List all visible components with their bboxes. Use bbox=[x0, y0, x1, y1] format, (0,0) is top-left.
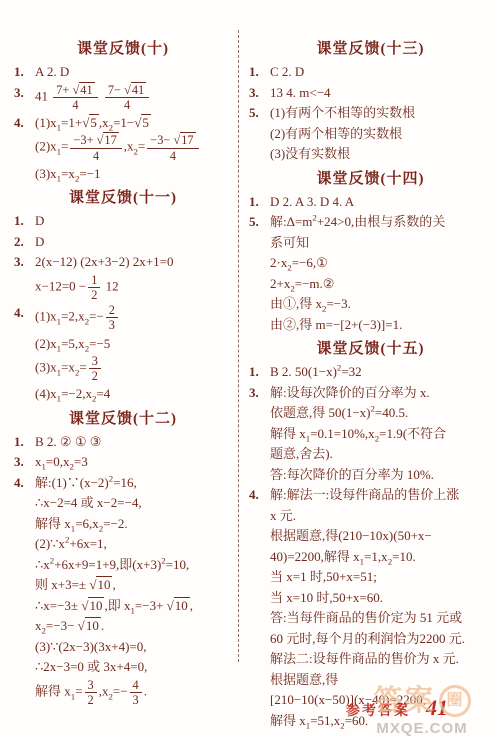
item-text: (3)没有实数根 bbox=[270, 144, 492, 164]
item-text: A 2. D bbox=[35, 62, 232, 82]
answer-line: 当 x=1 时,50+x=51; bbox=[249, 567, 492, 587]
item-text: (3)x1=x2=−1 bbox=[35, 164, 232, 184]
answer-line: 4.解:解法一:设每件商品的售价上涨 bbox=[249, 485, 492, 505]
item-number: 3. bbox=[14, 83, 35, 103]
item-text: (3)x1=x2=32 bbox=[35, 354, 232, 383]
item-number: 3. bbox=[249, 83, 270, 103]
answer-line: 5.(1)有两个不相等的实数根 bbox=[249, 103, 492, 123]
answer-line: 3.41 7+ √414 7− √414 bbox=[14, 83, 232, 112]
item-text: 答:当每件商品的售价定为 51 元或 bbox=[270, 608, 492, 628]
item-text: 解得 x1=6,x2=−2. bbox=[35, 514, 232, 534]
item-text: C 2. D bbox=[270, 62, 492, 82]
left-column: 课堂反馈(十)1.A 2. D3.41 7+ √414 7− √4144.(1)… bbox=[14, 34, 232, 708]
answer-line: 依题意,得 50(1−x)2=40.5. bbox=[249, 403, 492, 423]
item-number: 1. bbox=[14, 62, 35, 82]
answer-line: (2)x1=5,x2=−5 bbox=[14, 334, 232, 354]
item-number: 1. bbox=[14, 211, 35, 231]
item-text: ∴x=−3± √10,即 x1=−3+ √10, bbox=[35, 596, 232, 616]
page-number: 41 bbox=[426, 695, 448, 721]
section-title: 课堂反馈(十三) bbox=[249, 37, 492, 58]
item-text: B 2. ② ① ③ bbox=[35, 432, 232, 452]
item-text: ∴x−2=4 或 x−2=−4, bbox=[35, 493, 232, 513]
item-number: 3. bbox=[14, 252, 35, 272]
answer-line: ∴x−2=4 或 x−2=−4, bbox=[14, 493, 232, 513]
item-text: x 元. bbox=[270, 506, 492, 526]
answer-line: (3)x1=x2=32 bbox=[14, 354, 232, 383]
answer-line: 系可知 bbox=[249, 233, 492, 253]
answer-line: 3.x1=0,x2=3 bbox=[14, 452, 232, 472]
answer-line: 则 x+3=± √10, bbox=[14, 575, 232, 595]
item-text: 41 7+ √414 7− √414 bbox=[35, 83, 232, 112]
answer-line: (3)∵(2x−3)(3x+4)=0, bbox=[14, 637, 232, 657]
answer-line: 答:当每件商品的售价定为 51 元或 bbox=[249, 608, 492, 628]
item-text: ∴x2+6x+9=1+9,即(x+3)2=10, bbox=[35, 555, 232, 575]
item-text: 则 x+3=± √10, bbox=[35, 575, 232, 595]
item-text: 解:(1)∵(x−2)2=16, bbox=[35, 473, 232, 493]
item-text: 由②,得 m=−[2+(−3)]=1. bbox=[270, 315, 492, 335]
item-text: 解得 x1=32,x2=−43. bbox=[35, 678, 232, 707]
item-text: 由①,得 x2=−3. bbox=[270, 294, 492, 314]
item-number: 3. bbox=[14, 452, 35, 472]
section-title: 课堂反馈(十二) bbox=[14, 407, 232, 428]
item-number: 3. bbox=[249, 383, 270, 403]
item-text: D 2. A 3. D 4. A bbox=[270, 192, 492, 212]
answer-page: 课堂反馈(十)1.A 2. D3.41 7+ √414 7− √4144.(1)… bbox=[0, 0, 500, 739]
item-text: ∴2x−3=0 或 3x+4=0, bbox=[35, 657, 232, 677]
answer-line: 1.A 2. D bbox=[14, 62, 232, 82]
answer-line: (3)x1=x2=−1 bbox=[14, 164, 232, 184]
item-text: D bbox=[35, 211, 232, 231]
item-text: 60 元时,每个月的利润恰为2200 元. bbox=[270, 629, 492, 649]
answer-line: 1.B 2. 50(1−x)2=32 bbox=[249, 362, 492, 382]
item-text: (2)x1=5,x2=−5 bbox=[35, 334, 232, 354]
item-text: 解:解法一:设每件商品的售价上涨 bbox=[270, 485, 492, 505]
answer-line: 1.D 2. A 3. D 4. A bbox=[249, 192, 492, 212]
answer-line: 1.D bbox=[14, 211, 232, 231]
item-text: 2(x−12) (2x+3−2) 2x+1=0 bbox=[35, 252, 232, 272]
item-number: 1. bbox=[14, 432, 35, 452]
item-text: 根据题意,得(210−10x)(50+x− bbox=[270, 526, 492, 546]
item-number: 4. bbox=[14, 303, 35, 323]
answer-line: 解得 x1=6,x2=−2. bbox=[14, 514, 232, 534]
item-text: (1)x1=2,x2=−23 bbox=[35, 303, 232, 332]
answer-line: (2)x1=−3+ √174,x2=−3− √174 bbox=[14, 133, 232, 162]
answer-line: 4.(1)x1=2,x2=−23 bbox=[14, 303, 232, 332]
item-text: (1)x1=1+√5,x2=1−√5 bbox=[35, 113, 232, 133]
section-title: 课堂反馈(十) bbox=[14, 37, 232, 58]
item-text: D bbox=[35, 232, 232, 252]
answer-line: (2)∵x2+6x=1, bbox=[14, 534, 232, 554]
answer-line: 由①,得 x2=−3. bbox=[249, 294, 492, 314]
item-text: 解:Δ=m2+24>0,由根与系数的关 bbox=[270, 212, 492, 232]
answer-line: 3.2(x−12) (2x+3−2) 2x+1=0 bbox=[14, 252, 232, 272]
item-text: (3)∵(2x−3)(3x+4)=0, bbox=[35, 637, 232, 657]
answer-line: x2=−3− √10. bbox=[14, 616, 232, 636]
answer-line: 4.解:(1)∵(x−2)2=16, bbox=[14, 473, 232, 493]
answer-line: 根据题意,得 bbox=[249, 670, 492, 690]
page-footer: 参考答案 41 bbox=[346, 695, 448, 721]
item-text: (2)有两个相等的实数根 bbox=[270, 124, 492, 144]
item-number: 4. bbox=[14, 473, 35, 493]
answer-line: 3.解:设每次降价的百分率为 x. bbox=[249, 383, 492, 403]
item-text: (2)x1=−3+ √174,x2=−3− √174 bbox=[35, 133, 232, 162]
item-text: 2+x2=−m.② bbox=[270, 274, 492, 294]
item-text: 根据题意,得 bbox=[270, 670, 492, 690]
answer-line: 解得 x1=0.1=10%,x2=1.9(不符合 bbox=[249, 424, 492, 444]
section-title: 课堂反馈(十一) bbox=[14, 186, 232, 207]
answer-line: ∴2x−3=0 或 3x+4=0, bbox=[14, 657, 232, 677]
item-number: 4. bbox=[249, 485, 270, 505]
item-number: 4. bbox=[14, 113, 35, 133]
answer-line: 2.D bbox=[14, 232, 232, 252]
item-text: 题意,舍去). bbox=[270, 444, 492, 464]
answer-line: (4)x1=−2,x2=4 bbox=[14, 384, 232, 404]
item-text: (1)有两个不相等的实数根 bbox=[270, 103, 492, 123]
column-divider bbox=[238, 30, 239, 662]
answer-line: 当 x=10 时,50+x=60. bbox=[249, 588, 492, 608]
answer-line: 3.13 4. m<−4 bbox=[249, 83, 492, 103]
answer-line: 根据题意,得(210−10x)(50+x− bbox=[249, 526, 492, 546]
right-column: 课堂反馈(十三)1.C 2. D3.13 4. m<−45.(1)有两个不相等的… bbox=[249, 34, 492, 731]
item-text: B 2. 50(1−x)2=32 bbox=[270, 362, 492, 382]
item-number: 1. bbox=[249, 192, 270, 212]
section-title: 课堂反馈(十四) bbox=[249, 167, 492, 188]
answer-line: 4.(1)x1=1+√5,x2=1−√5 bbox=[14, 113, 232, 133]
answer-line: 2+x2=−m.② bbox=[249, 274, 492, 294]
answer-line: 5.解:Δ=m2+24>0,由根与系数的关 bbox=[249, 212, 492, 232]
answer-line: (2)有两个相等的实数根 bbox=[249, 124, 492, 144]
item-text: 当 x=1 时,50+x=51; bbox=[270, 567, 492, 587]
item-text: 2·x2=−6,① bbox=[270, 253, 492, 273]
answer-line: 解法二:设每件商品的售价为 x 元. bbox=[249, 649, 492, 669]
answer-line: 由②,得 m=−[2+(−3)]=1. bbox=[249, 315, 492, 335]
answer-line: ∴x=−3± √10,即 x1=−3+ √10, bbox=[14, 596, 232, 616]
item-text: (2)∵x2+6x=1, bbox=[35, 534, 232, 554]
item-text: 答:每次降价的百分率为 10%. bbox=[270, 465, 492, 485]
item-text: 13 4. m<−4 bbox=[270, 83, 492, 103]
item-number: 2. bbox=[14, 232, 35, 252]
answer-line: ∴x2+6x+9=1+9,即(x+3)2=10, bbox=[14, 555, 232, 575]
item-text: x1=0,x2=3 bbox=[35, 452, 232, 472]
answer-line: 解得 x1=32,x2=−43. bbox=[14, 678, 232, 707]
answer-line: 题意,舍去). bbox=[249, 444, 492, 464]
answer-line: 2·x2=−6,① bbox=[249, 253, 492, 273]
answer-line: 答:每次降价的百分率为 10%. bbox=[249, 465, 492, 485]
answer-line: x−12=0 −12 12 bbox=[14, 273, 232, 302]
answer-line: 60 元时,每个月的利润恰为2200 元. bbox=[249, 629, 492, 649]
item-text: 依题意,得 50(1−x)2=40.5. bbox=[270, 403, 492, 423]
item-number: 1. bbox=[249, 362, 270, 382]
item-text: 解:设每次降价的百分率为 x. bbox=[270, 383, 492, 403]
item-text: 解得 x1=0.1=10%,x2=1.9(不符合 bbox=[270, 424, 492, 444]
item-text: 当 x=10 时,50+x=60. bbox=[270, 588, 492, 608]
section-title: 课堂反馈(十五) bbox=[249, 337, 492, 358]
answer-line: 40)=2200,解得 x1=1,x2=10. bbox=[249, 547, 492, 567]
item-text: x−12=0 −12 12 bbox=[35, 273, 232, 302]
item-text: x2=−3− √10. bbox=[35, 616, 232, 636]
item-text: (4)x1=−2,x2=4 bbox=[35, 384, 232, 404]
answer-line: x 元. bbox=[249, 506, 492, 526]
item-number: 1. bbox=[249, 62, 270, 82]
answer-line: (3)没有实数根 bbox=[249, 144, 492, 164]
answer-line: 1.C 2. D bbox=[249, 62, 492, 82]
item-text: 40)=2200,解得 x1=1,x2=10. bbox=[270, 547, 492, 567]
item-number: 5. bbox=[249, 212, 270, 232]
item-text: 系可知 bbox=[270, 233, 492, 253]
footer-label: 参考答案 bbox=[346, 700, 410, 720]
item-text: 解法二:设每件商品的售价为 x 元. bbox=[270, 649, 492, 669]
answer-line: 1.B 2. ② ① ③ bbox=[14, 432, 232, 452]
item-number: 5. bbox=[249, 103, 270, 123]
